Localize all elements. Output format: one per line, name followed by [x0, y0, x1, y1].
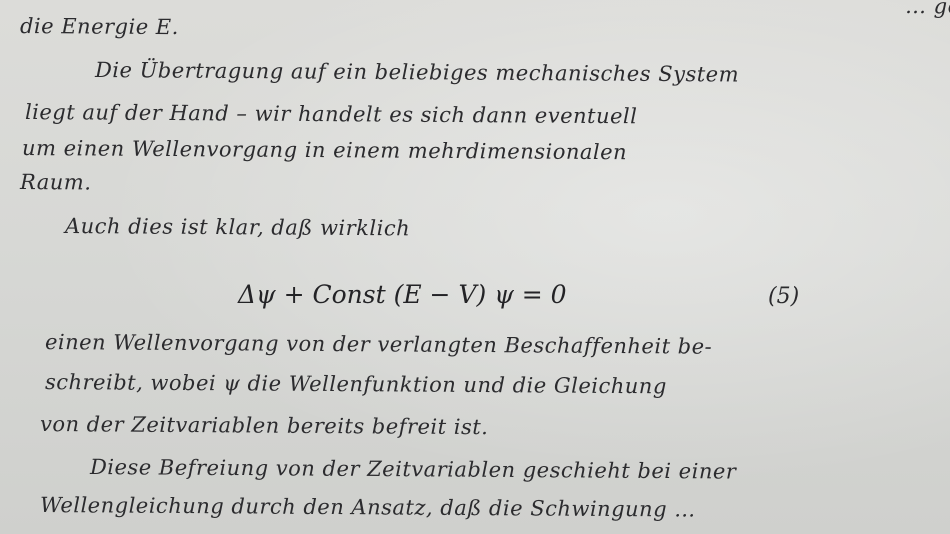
text-line: einen Wellenvorgang von der verlangten B… — [45, 330, 712, 359]
text-line: die Energie E. — [20, 14, 179, 39]
text-line: schreibt, wobei ψ die Wellenfunktion und… — [45, 370, 667, 398]
text-line: Diese Befreiung von der Zeitvariablen ge… — [90, 455, 737, 484]
text-line: Wellengleichung durch den Ansatz, daß di… — [40, 493, 696, 522]
text-line: um einen Wellenvorgang in einem mehrdime… — [22, 136, 627, 164]
text-line: von der Zeitvariablen bereits befreit is… — [40, 412, 489, 439]
text-line: Auch dies ist klar, daß wirklich — [65, 214, 410, 240]
text-line-fragment-top: … gen — [905, 0, 950, 18]
text-line: Die Übertragung auf ein beliebiges mecha… — [95, 58, 739, 86]
manuscript-page: … gen die Energie E. Die Übertragung auf… — [0, 0, 950, 534]
text-line: liegt auf der Hand – wir handelt es sich… — [25, 100, 638, 128]
equation-number: (5) — [768, 284, 799, 309]
equation: Δψ + Const (E − V) ψ = 0 — [238, 280, 567, 309]
text-line: Raum. — [20, 170, 92, 194]
